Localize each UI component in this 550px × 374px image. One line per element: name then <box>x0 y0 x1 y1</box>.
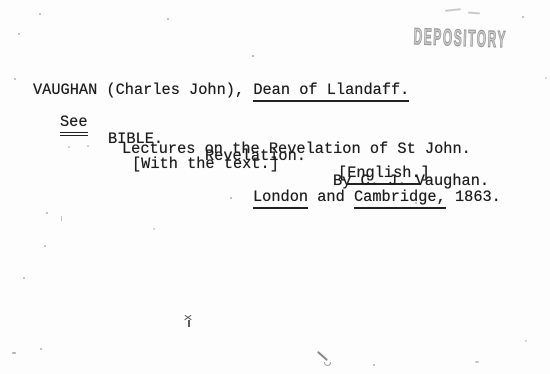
scan-scratch <box>445 8 461 11</box>
ink-speck <box>252 55 254 57</box>
ink-speck <box>230 197 232 199</box>
ink-speck <box>14 78 16 80</box>
ink-speck <box>68 146 70 148</box>
imprint-place-london: London <box>253 188 308 209</box>
imprint-place-cambridge: Cambridge, <box>354 188 446 209</box>
ink-speck <box>475 361 479 363</box>
ink-speck <box>415 202 417 204</box>
ink-speck <box>153 228 155 230</box>
ink-speck <box>373 364 375 366</box>
ink-speck <box>545 77 547 79</box>
with-text-note: [With the text.] <box>132 156 279 173</box>
imprint-line: London and Cambridge, 1863. <box>0 172 550 223</box>
scan-scratch <box>468 12 480 14</box>
ink-speck <box>18 33 20 35</box>
ink-speck <box>522 16 524 18</box>
depository-stamp: DEPOSITORY <box>413 25 507 51</box>
ink-speck <box>44 245 46 247</box>
ink-speck <box>525 340 527 342</box>
ink-speck <box>46 212 48 214</box>
pencil-x-mark <box>184 313 194 327</box>
ink-speck <box>39 13 41 15</box>
ink-speck <box>40 348 42 350</box>
imprint: London and Cambridge, 1863. <box>253 189 501 206</box>
ink-speck <box>23 277 25 279</box>
imprint-conjunction: and <box>308 188 354 206</box>
catalog-card: DEPOSITORY VAUGHAN (Charles John), Dean … <box>0 0 550 374</box>
ink-speck <box>87 145 89 147</box>
ink-speck <box>167 18 169 20</box>
ink-speck <box>12 352 16 354</box>
ink-smudge <box>316 353 330 365</box>
imprint-year: 1863. <box>446 188 501 206</box>
ink-speck <box>61 216 62 221</box>
